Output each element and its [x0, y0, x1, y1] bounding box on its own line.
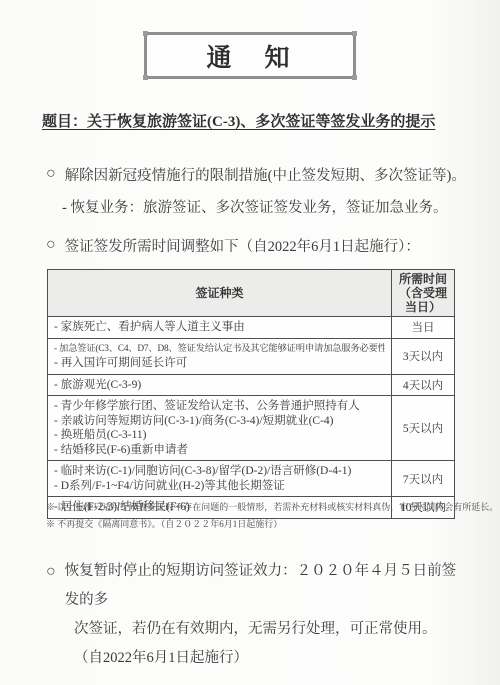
- visa-type-cell: - 加急签证(C3、C4、D7、D8、签证发给认定书及其它能够证明申请加急服务必…: [48, 338, 392, 374]
- subject-line: 题目：关于恢复旅游签证(C-3)、多次签证等签发业务的提示: [42, 110, 472, 131]
- notice-title: 通 知: [206, 38, 293, 74]
- visa-type-cell: - 临时来访(C-1)/同胞访问(C-3-8)/留学(D-2)/语言研修(D-4…: [48, 461, 392, 497]
- subject-label: 题目：: [42, 114, 87, 130]
- bullet-text-line1: 恢复暂时停止的短期访问签证效力：２０２０年４月５日前签发的多: [65, 557, 466, 615]
- time-cell: 7天以内: [392, 461, 455, 497]
- visa-type-cell: - 旅游观光(C-3-9): [48, 374, 392, 396]
- header-time-line2: （含受理当日）: [394, 286, 452, 314]
- footnotes: ※ 以上标准只适用于审查签证时不存在问题的一般情形，若需补充材料或核实材料真伪，…: [46, 499, 461, 533]
- visa-type-line: - 换班船员(C-3-11): [54, 428, 385, 443]
- bullet-item-processing-time: ○ 签证签发所需时间调整如下（自2022年6月1日起施行）：: [46, 235, 471, 256]
- circle-bullet-icon: ○: [46, 164, 56, 185]
- table-row: - 家族死亡、看护病人等人道主义事由 当日: [48, 317, 455, 339]
- visa-type-line: - 加急签证(C3、C4、D7、D8、签证发给认定书及其它能够证明申请加急服务必…: [54, 342, 385, 357]
- box-corner-handle-icon: [143, 31, 148, 36]
- header-visa-type: 签证种类: [48, 270, 392, 317]
- visa-type-line: - 临时来访(C-1)/同胞访问(C-3-8)/留学(D-2)/语言研修(D-4…: [54, 464, 385, 479]
- visa-processing-time-table: 签证种类 所需时间 （含受理当日） - 家族死亡、看护病人等人道主义事由 当日 …: [47, 269, 455, 519]
- bullet-text-line3: （自2022年6月1日起施行）: [74, 644, 466, 673]
- table-row: - 旅游观光(C-3-9) 4天以内: [48, 374, 455, 396]
- header-time-line1: 所需时间: [394, 272, 452, 286]
- visa-type-cell: - 家族死亡、看护病人等人道主义事由: [48, 317, 392, 339]
- box-corner-handle-icon: [352, 75, 357, 80]
- circle-bullet-icon: ○: [46, 235, 56, 256]
- time-cell: 3天以内: [392, 338, 455, 374]
- visa-type-line: - 亲戚访问等短期访问(C-3-1)/商务(C-3-4)/短期就业(C-4): [54, 414, 385, 429]
- bullet-text: 解除因新冠疫情施行的限制措施(中止签发短期、多次签证等)。: [65, 164, 466, 185]
- table-row: - 青少年修学旅行团、签证发给认定书、公务普通护照持有人 - 亲戚访问等短期访问…: [48, 396, 455, 461]
- visa-type-line: - 家族死亡、看护病人等人道主义事由: [54, 320, 385, 335]
- visa-type-cell: - 青少年修学旅行团、签证发给认定书、公务普通护照持有人 - 亲戚访问等短期访问…: [48, 396, 392, 461]
- bullet-item-visa-validity-restored: ○ 恢复暂时停止的短期访问签证效力：２０２０年４月５日前签发的多 次签证，若仍在…: [46, 557, 466, 673]
- footnote-quarantine-consent: ※ 不再提交《隔离同意书》。（自２０２２年6月1日起施行）: [46, 516, 461, 533]
- box-corner-handle-icon: [143, 75, 148, 80]
- circle-bullet-icon: ○: [46, 557, 56, 615]
- visa-type-line: - D系列/F-1~F4/访问就业(H-2)等其他长期签证: [54, 479, 385, 494]
- visa-type-line: - 青少年修学旅行团、签证发给认定书、公务普通护照持有人: [54, 399, 385, 414]
- table-header-row: 签证种类 所需时间 （含受理当日）: [48, 270, 455, 317]
- header-required-time: 所需时间 （含受理当日）: [392, 270, 455, 317]
- bullet-text: 签证签发所需时间调整如下（自2022年6月1日起施行）：: [65, 235, 420, 256]
- visa-type-line: - 结婚移民(F-6)重新申请者: [54, 443, 385, 458]
- bullet-item-restrictions-lifted: ○ 解除因新冠疫情施行的限制措施(中止签发短期、多次签证等)。: [46, 164, 471, 185]
- box-corner-handle-icon: [352, 31, 357, 36]
- visa-type-line: - 再入国许可期间延长许可: [54, 356, 385, 371]
- table-row: - 临时来访(C-1)/同胞访问(C-3-8)/留学(D-2)/语言研修(D-4…: [48, 461, 455, 497]
- notice-document: 通 知 题目：关于恢复旅游签证(C-3)、多次签证等签发业务的提示 ○ 解除因新…: [0, 0, 500, 685]
- bullet-text-line2: 次签证，若仍在有效期内，无需另行处理，可正常使用。: [74, 615, 466, 644]
- footnote-standard-cases: ※ 以上标准只适用于审查签证时不存在问题的一般情形，若需补充材料或核实材料真伪，…: [46, 499, 461, 516]
- subject-text: 关于恢复旅游签证(C-3)、多次签证等签发业务的提示: [87, 114, 435, 130]
- time-cell: 4天以内: [392, 374, 455, 396]
- time-cell: 当日: [392, 317, 455, 339]
- visa-type-line: - 旅游观光(C-3-9): [54, 378, 385, 393]
- time-cell: 5天以内: [392, 396, 455, 461]
- table-row: - 加急签证(C3、C4、D7、D8、签证发给认定书及其它能够证明申请加急服务必…: [48, 338, 455, 374]
- bullet-subitem-resumed-services: - 恢复业务：旅游签证、多次签证签发业务，签证加急业务。: [62, 196, 447, 217]
- notice-title-box: 通 知: [144, 32, 356, 79]
